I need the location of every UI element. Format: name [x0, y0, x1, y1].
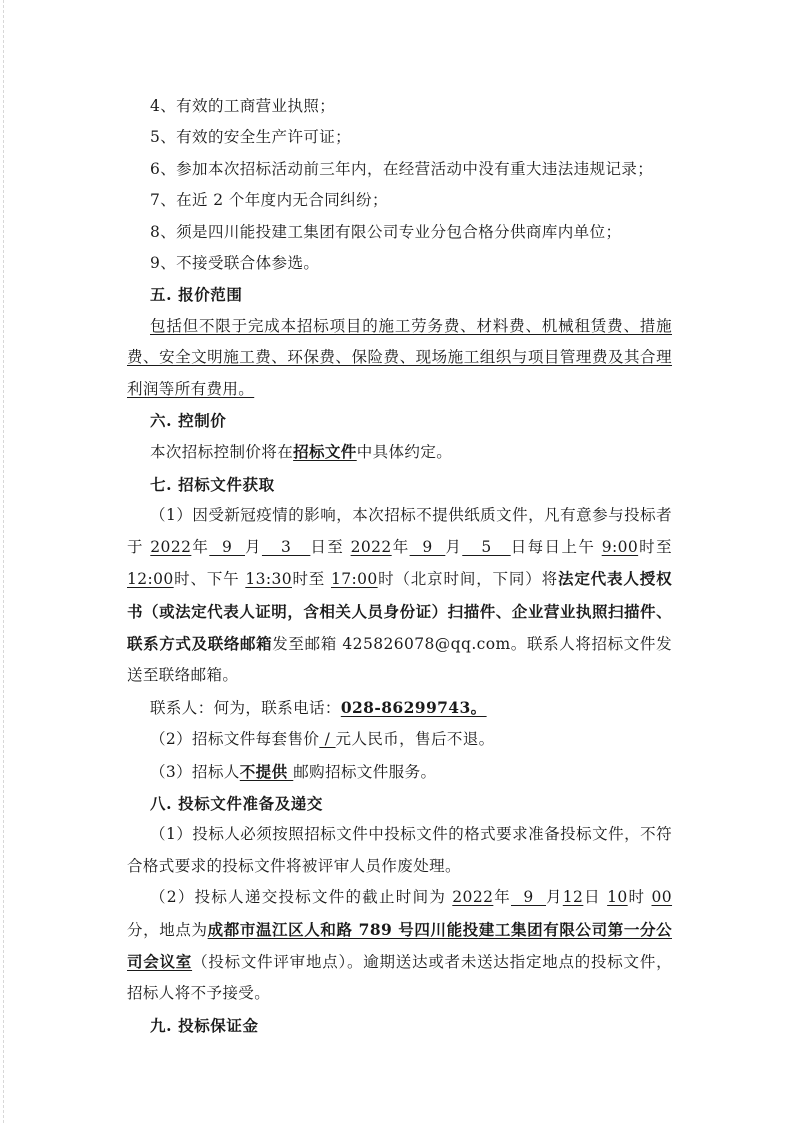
text-span: 日 — [583, 888, 607, 906]
section-heading-control-price: 六. 控制价 — [127, 405, 672, 436]
text-span: 中具体约定。 — [357, 443, 452, 461]
section-heading-bid-bond: 九. 投标保证金 — [127, 1010, 672, 1041]
deadline-month: 9 — [511, 888, 546, 906]
start-month: 9 — [209, 538, 245, 556]
text-span: 发至邮箱 — [272, 635, 342, 653]
document-page: 4、有效的工商营业执照； 5、有效的安全生产许可证； 6、参加本次招标活动前三年… — [127, 91, 672, 1041]
requirement-item: 9、不接受联合体参选。 — [127, 248, 672, 279]
contact-line: 联系人：何为，联系电话：028-86299743。 — [127, 692, 672, 724]
end-day: 5 — [462, 538, 510, 556]
text-span: 月 — [245, 538, 262, 556]
mail-service-status: 不提供 — [240, 762, 294, 781]
am-start-time: 9:00 — [602, 538, 638, 556]
text-span: 年 — [191, 538, 209, 556]
text-span: 时、下午 — [174, 570, 246, 588]
acquisition-item-1: （1）因受新冠疫情的影响，本次招标不提供纸质文件，凡有意参与投标者于 2022年… — [127, 500, 672, 691]
start-day: 3 — [262, 538, 310, 556]
pm-end-time: 17:00 — [331, 570, 378, 588]
text-span: 时（北京时间，下同）将 — [378, 570, 558, 588]
tender-document-ref: 招标文件 — [293, 442, 357, 461]
requirement-item: 7、在近 2 个年度内无合同纠纷； — [127, 185, 672, 216]
submission-item-2: （2）投标人递交投标文件的截止时间为 2022年 9 月12日 10时 00分，… — [127, 882, 672, 1010]
text-span: 日每日上午 — [511, 538, 602, 556]
contact-email[interactable]: 425826078@qq.com — [342, 635, 510, 653]
document-price: / — [319, 730, 335, 748]
text-span: 年 — [392, 538, 410, 556]
am-end-time: 12:00 — [127, 570, 174, 588]
text-span: 月 — [445, 538, 462, 556]
deadline-year: 2022 — [452, 888, 493, 906]
acquisition-item-3: （3）招标人不提供 邮购招标文件服务。 — [127, 756, 672, 788]
text-span: 联系人：何为，联系电话： — [150, 699, 341, 717]
control-price-body: 本次招标控制价将在招标文件中具体约定。 — [127, 436, 672, 468]
contact-phone: 028-86299743。 — [341, 698, 487, 717]
deadline-day: 12 — [563, 888, 584, 906]
submission-item-1: （1）投标人必须按照招标文件中投标文件的格式要求准备投标文件，不符合格式要求的投… — [127, 819, 672, 882]
section-heading-document-acquisition: 七. 招标文件获取 — [127, 469, 672, 500]
text-span: 月 — [546, 888, 563, 906]
requirement-item: 8、须是四川能投建工集团有限公司专业分包合格分供商库内单位； — [127, 217, 672, 248]
text-span: 本次招标控制价将在 — [150, 443, 293, 461]
text-span: 时 — [628, 888, 652, 906]
pm-start-time: 13:30 — [245, 570, 292, 588]
acquisition-item-2: （2）招标文件每套售价 / 元人民币，售后不退。 — [127, 724, 672, 755]
page-edge-marker — [3, 0, 4, 1123]
text-span: （2）招标文件每套售价 — [150, 730, 319, 748]
section-heading-quote-scope: 五. 报价范围 — [127, 279, 672, 310]
quote-scope-body: 包括但不限于完成本招标项目的施工劳务费、材料费、机械租赁费、措施费、安全文明施工… — [127, 311, 672, 405]
start-year: 2022 — [150, 538, 191, 556]
text-span: （投标文件评审地点）。逾期送达或者未送达指定地点的投标文件，招标人将不予接受。 — [127, 953, 672, 1002]
text-span: 元人民币，售后不退。 — [336, 730, 495, 748]
text-span: 邮购招标文件服务。 — [293, 763, 436, 781]
end-month: 9 — [410, 538, 446, 556]
requirement-item: 4、有效的工商营业执照； — [127, 91, 672, 122]
deadline-minute: 00 — [652, 888, 673, 906]
text-span: 日至 — [310, 538, 350, 556]
deadline-hour: 10 — [607, 888, 628, 906]
section-heading-bid-submission: 八. 投标文件准备及递交 — [127, 788, 672, 819]
text-span: 年 — [493, 888, 511, 906]
requirement-item: 6、参加本次招标活动前三年内，在经营活动中没有重大违法违规记录； — [127, 154, 672, 185]
text-span: 时至 — [638, 538, 672, 556]
end-year: 2022 — [351, 538, 392, 556]
text-span: 分，地点为 — [127, 921, 208, 939]
text-span: （2）投标人递交投标文件的截止时间为 — [150, 888, 452, 906]
quote-scope-text: 包括但不限于完成本招标项目的施工劳务费、材料费、机械租赁费、措施费、安全文明施工… — [127, 317, 672, 398]
text-span: （3）招标人 — [150, 763, 240, 781]
requirement-item: 5、有效的安全生产许可证； — [127, 122, 672, 153]
text-span: 时至 — [292, 570, 331, 588]
